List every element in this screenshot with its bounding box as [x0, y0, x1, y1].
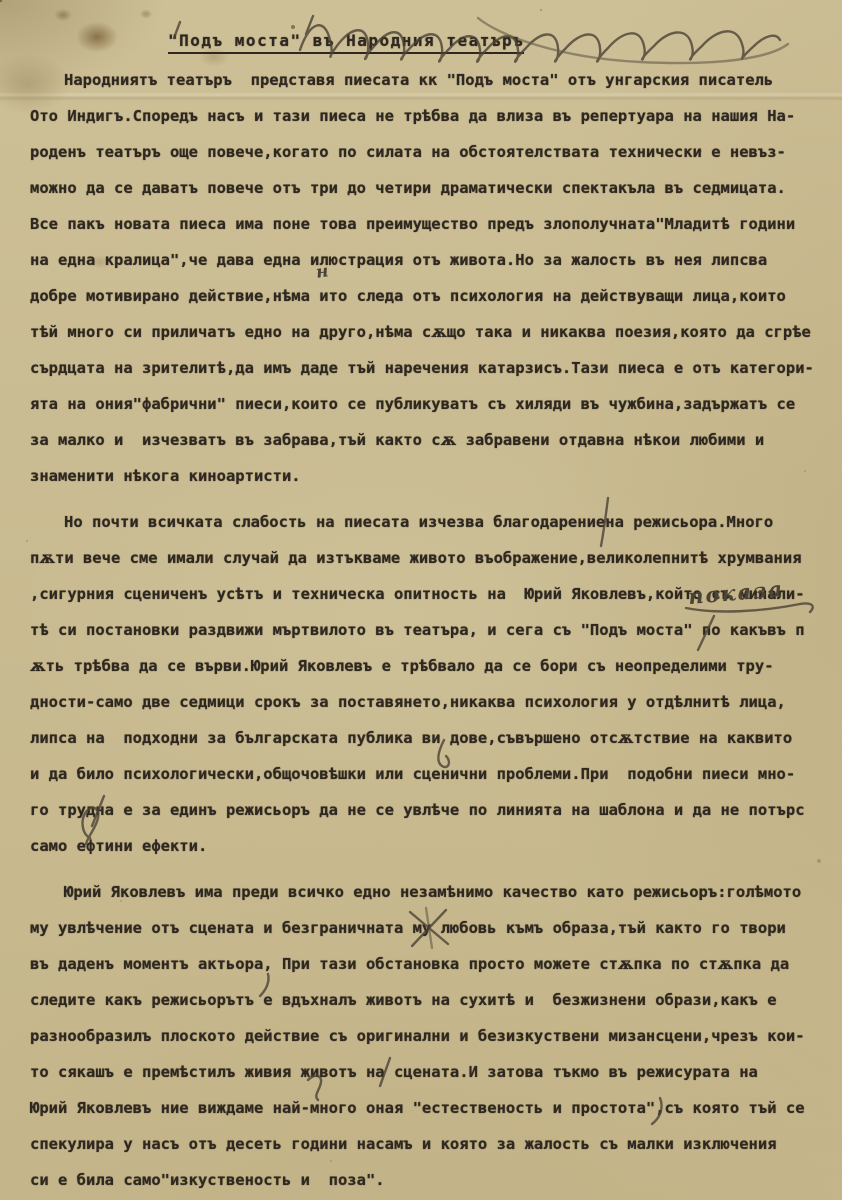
document-title: "Подъ моста" въ Народния театъръ [168, 31, 524, 54]
text-line: знаменити нѣкога киноартисти. [30, 458, 842, 494]
text-line: то сякашъ е премѣстилъ живия животъ на с… [30, 1054, 842, 1090]
text-line: Народниятъ театъръ представя пиесата кк … [30, 62, 842, 98]
paragraph-2: Но почти всичката слабость на пиесата из… [30, 504, 842, 864]
text-line: следите какъ режисьорътъ е вдъхналъ живо… [30, 982, 842, 1018]
text-line: роденъ театъръ още повече,когато по сила… [30, 134, 842, 170]
text-line: тѣй много си приличатъ едно на друго,нѣм… [30, 314, 842, 350]
text-line: ята на ония"фабрични" пиеси,които се пуб… [30, 386, 842, 422]
document-title-row: "Подъ моста" въ Народния театъръ [168, 20, 842, 62]
scanned-typewritten-page: "Подъ моста" въ Народния театъръ Народни… [0, 0, 842, 1200]
text-line: въ даденъ моментъ актьора, При тази обст… [30, 946, 842, 982]
text-line: за малко и изчезватъ въ забрава,тъй какт… [30, 422, 842, 458]
text-line: му увлѣчение отъ сцената и безграничната… [30, 910, 842, 946]
text-line: разнообразилъ плоското действие съ ориги… [30, 1018, 842, 1054]
text-line: липса на подходни за българската публика… [30, 720, 842, 756]
text-line: Но почти всичката слабость на пиесата из… [30, 504, 842, 540]
text-line: на една кралица",че дава една илюстрация… [30, 242, 842, 278]
text-line: ,сигурния сцениченъ усѣтъ и техническа о… [30, 576, 842, 612]
text-line: сърдцата на зрителитѣ,да имъ даде тъй на… [30, 350, 842, 386]
text-line: Юрий Яковлевъ ние виждаме най-много оная… [30, 1090, 842, 1126]
paragraph-3: Юрий Яковлевъ има преди всичко едно неза… [30, 874, 842, 1198]
text-line: дности-само две седмици срокъ за поставя… [30, 684, 842, 720]
text-line: пѫти вече сме имали случай да изтъкваме … [30, 540, 842, 576]
typewritten-text-block: "Подъ моста" въ Народния театъръ Народни… [30, 20, 842, 1200]
text-line: го трудна е за единъ режисьоръ да не се … [30, 792, 842, 828]
text-line: Все пакъ новата пиеса има поне това преи… [30, 206, 842, 242]
text-line: ѫть трѣбва да се върви.Юрий Яковлевъ е т… [30, 648, 842, 684]
text-line: само ефтини ефекти. [30, 828, 842, 864]
text-line: Юрий Яковлевъ има преди всичко едно неза… [30, 874, 842, 910]
paragraph-1: Народниятъ театъръ представя пиесата кк … [30, 62, 842, 494]
text-line: добре мотивирано действие,нѣма ито следа… [30, 278, 842, 314]
text-line: спекулира у насъ отъ десеть години насам… [30, 1126, 842, 1162]
text-line: и да било психологически,общочовѣшки или… [30, 756, 842, 792]
paper-stain-specks [0, 0, 2, 2]
text-line: тѣ си постановки раздвижи мъртвилото въ … [30, 612, 842, 648]
text-line: си е била само"изкуственость и поза". [30, 1162, 842, 1198]
text-line: Ото Индигъ.Споредъ насъ и тази пиеса не … [30, 98, 842, 134]
text-line: можно да се даватъ повече отъ три до чет… [30, 170, 842, 206]
